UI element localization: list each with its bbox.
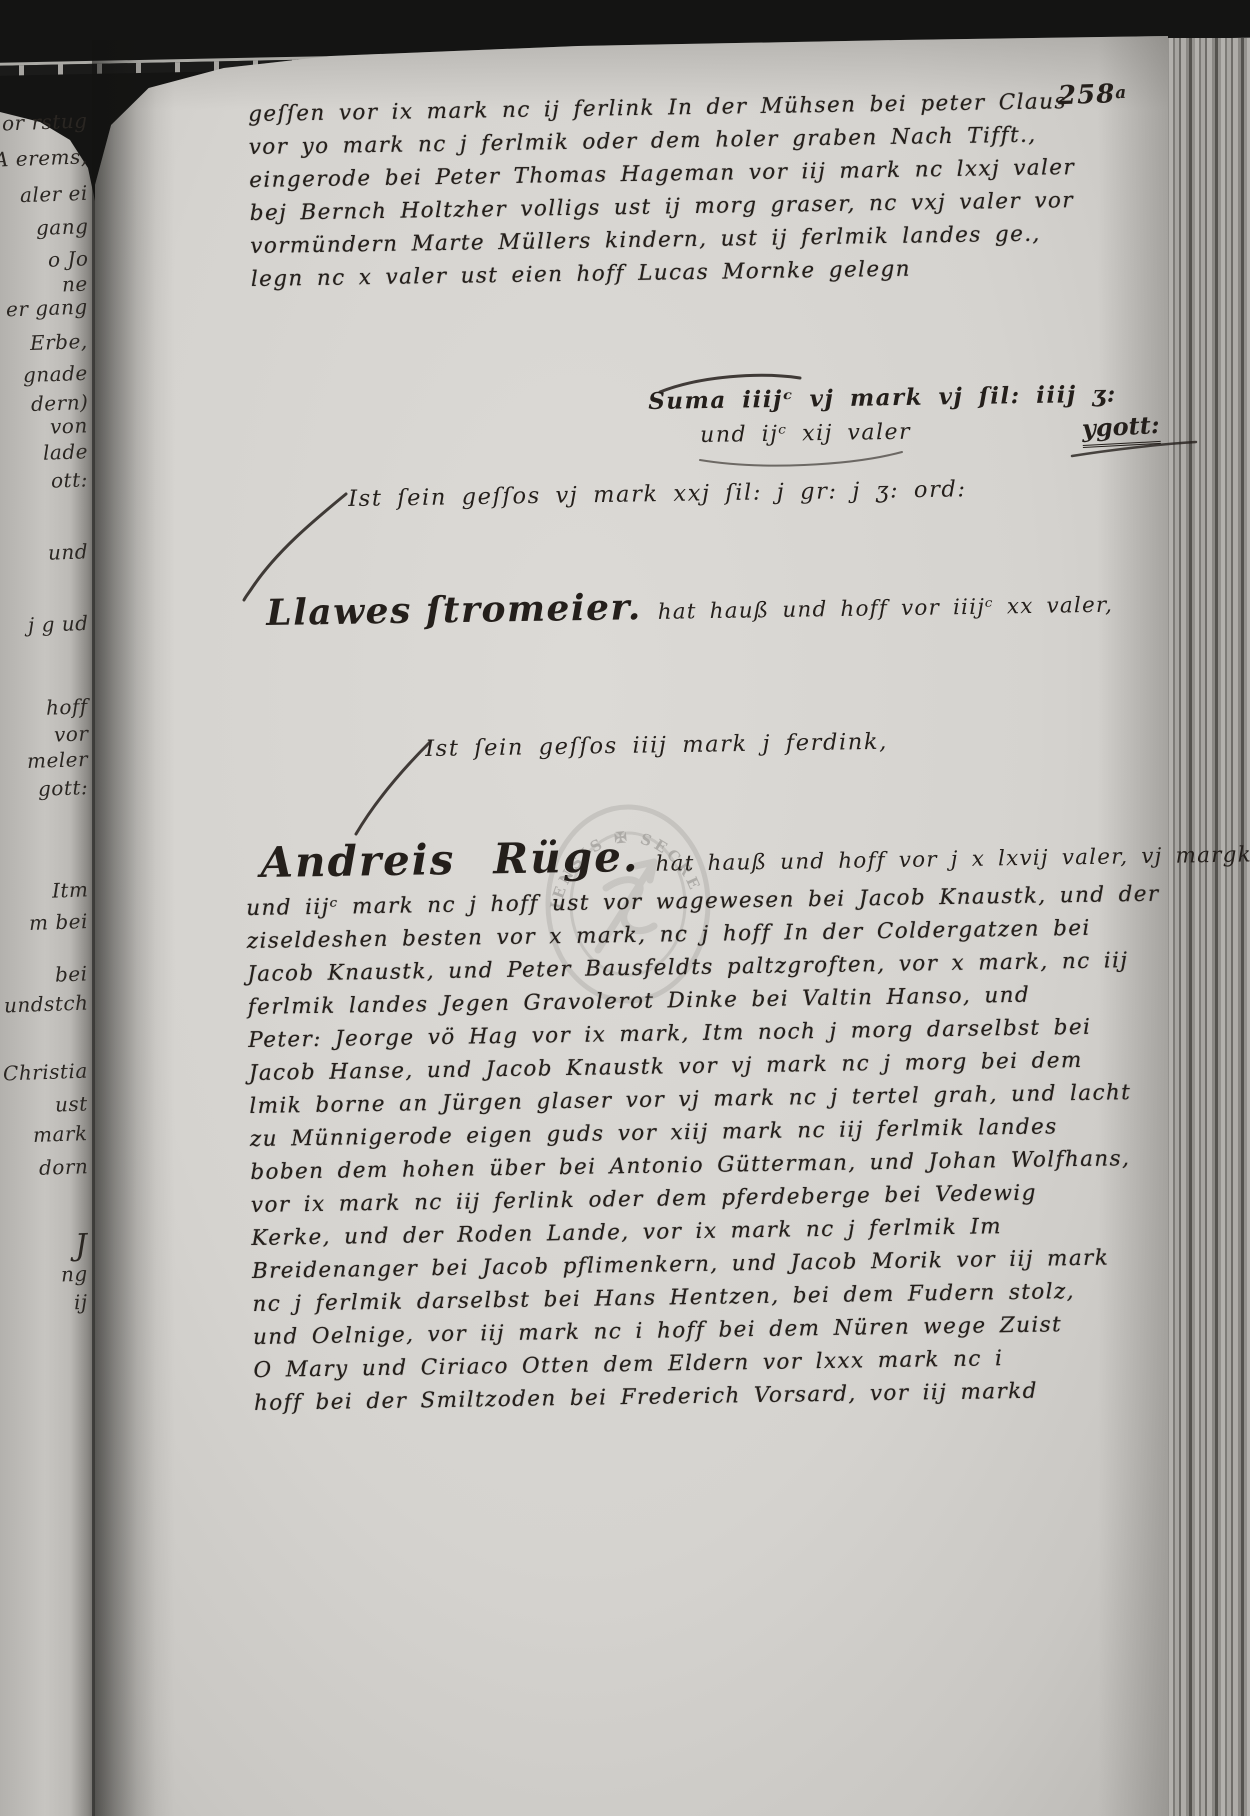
paragraph-2: und iijᶜ mark nc j hoff ust vor wagewese… <box>246 878 1168 1420</box>
paragraph-1: geſſen vor ix mark nc ij ferlink In der … <box>248 85 1077 296</box>
handwriting-layer: 258a geſſen vor ix mark nc ij ferlink In… <box>0 0 1250 1816</box>
entry-name: Llawes ſtromeier. <box>266 586 642 634</box>
folio-number-suffix: a <box>1115 83 1128 103</box>
entry-last-name: Rüge. <box>493 832 640 883</box>
manuscript-scan: { "page_number": {"num": "258", "suffix"… <box>0 0 1250 1816</box>
summa-line-1: Suma iiijᶜ vj mark vj ſil: iiij ʒ: <box>648 381 1117 415</box>
entry-first-name: Andreis <box>260 835 456 887</box>
entry-heading-rest: hat hauß und hoff vor iiijᶜ xx valer, <box>658 593 1114 625</box>
entry-heading-stromeier: Llawes ſtromeier. hat hauß und hoff vor … <box>266 579 1113 634</box>
entry-heading-ruge: Andreis Rüge. hat hauß und hoff vor j x … <box>260 822 1250 887</box>
geschos-line-1: Ist ſein geſſos vj mark xxj ſil: j gr: j… <box>348 476 967 512</box>
entry-heading-rest: hat hauß und hoff vor j x lxvij valer, v… <box>655 842 1250 876</box>
geschos-line-2: Ist ſein geſſos iiij mark j ferdink, <box>425 729 888 762</box>
summa-gott-note: ygott: <box>1081 410 1160 448</box>
summa-line-2: und ijᶜ xij valer <box>700 420 911 448</box>
